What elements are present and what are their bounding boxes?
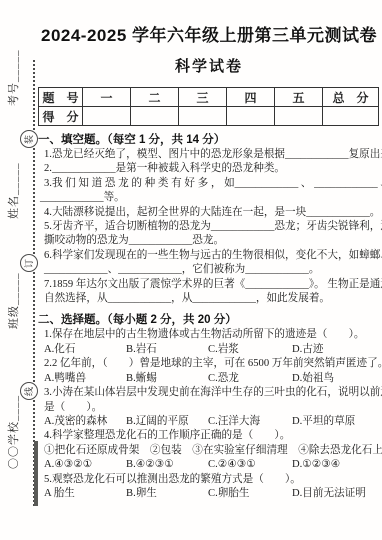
score-row-label: 得 分 [39, 107, 83, 126]
fill-blank-line-q4: 4.大陆漂移说提出，起初全世界的大陆连在一起，是一块____________。 [38, 206, 380, 220]
choice-question-4: 4.科学家整理恐龙化石的工作顺序正确的是（ ）。 ①把化石还原成骨架 ②包装 ③… [38, 429, 380, 472]
exam-paper: 装 订 线 考号_____ 姓名_____ 班级_____ 〇〇学校____ 2… [0, 0, 382, 540]
option-a: A.化石 [44, 343, 126, 357]
question-stem: 2.2 亿年前，（ ）曾是地球的主宰，可在 6500 万年前突然销声匿迹了。 [38, 357, 380, 371]
option-d: D.目前无法证明 [292, 487, 380, 501]
question-stem: 1.保存在地层中的古生物遗体或古生物活动所留下的遗迹是（ ）。 [38, 328, 380, 342]
choice-question-3: 3.小涛在某山体岩层中发现史前在海洋中生存的三叶虫的化石，说明以前这里 是（ ）… [38, 386, 380, 429]
fill-blank-line-q2: 2.____________是第一种被载入科学史的恐龙种类。 [38, 162, 380, 176]
margin-label-school: 〇〇学校____ [5, 443, 21, 469]
option-b: B.蜥蜴 [126, 372, 208, 386]
options-row: A 胎生 B.卵生 C.卵胎生 D.目前无法证明 [38, 487, 380, 501]
option-b: B.辽阔的平原 [126, 415, 208, 429]
option-d: D.①②③④ [292, 458, 380, 472]
option-d: D.古迹 [292, 343, 380, 357]
paper-content: 2024-2025 学年六年级上册第三单元测试卷 科学试卷 题 号 一 二 三 … [38, 0, 380, 501]
option-b: B.岩石 [126, 343, 208, 357]
option-b: B.卵生 [126, 487, 208, 501]
fill-blank-line-q5-cont: 撕咬动物的恐龙为____________恐龙。 [38, 234, 380, 248]
option-d: D.始祖鸟 [292, 372, 380, 386]
section2-heading: 二、选择题。（每小题 2 分，共 20 分） [38, 311, 380, 327]
option-c: C.岩浆 [208, 343, 292, 357]
fill-blank-line-q3: 3.我 们 知 道 恐 龙 的 种 类 有 好 多 ， 如___________… [38, 177, 380, 191]
fill-blank-line-q6: 6.科学家们发现现在的一些生物与远古的生物很相似，变化不大，如蟑螂、 [38, 249, 380, 263]
seal-mark-ding: 订 [20, 254, 38, 272]
question-numbered-steps: ①把化石还原成骨架 ②包装 ③在实验室仔细清理 ④除去恐龙化石上的沙土 [38, 444, 380, 458]
fill-blank-line-q1: 1.恐龙已经灭绝了，模型、图片中的恐龙形象是根据____________复原出来… [38, 148, 380, 162]
score-cell [323, 107, 379, 126]
seal-mark-xian: 线 [20, 382, 38, 400]
option-c: C.汪洋大海 [208, 415, 292, 429]
seal-mark-zhuang: 装 [20, 130, 38, 148]
fill-blank-line-q5: 5.牙齿齐平，适合切断植物的恐龙为____________恐龙；牙齿尖锐锋利，适… [38, 220, 380, 234]
choice-question-5: 5.观察恐龙化石可以推测出恐龙的繁殖方式是（ ）。 A 胎生 B.卵生 C.卵胎… [38, 473, 380, 502]
binding-dotted-line [33, 60, 35, 506]
option-a: A.茂密的森林 [44, 415, 126, 429]
score-cell [275, 107, 323, 126]
question-stem-cont: 是（ ）。 [38, 401, 380, 415]
score-header-total: 总 分 [323, 88, 379, 107]
score-cell [179, 107, 227, 126]
margin-label-student-name: 姓名_____ [5, 193, 21, 219]
option-c: C.②④③① [208, 458, 292, 472]
fill-blank-line-q7: 7.1859 年达尔文出版了震惊学术界的巨著《____________》。 生物… [38, 278, 380, 292]
score-table-score-row: 得 分 [39, 107, 379, 126]
option-c: C.恐龙 [208, 372, 292, 386]
score-cell [227, 107, 275, 126]
choice-question-2: 2.2 亿年前，（ ）曾是地球的主宰，可在 6500 万年前突然销声匿迹了。 A… [38, 357, 380, 386]
score-cell [131, 107, 179, 126]
option-d: D.平坦的草原 [292, 415, 380, 429]
option-a: A 胎生 [44, 487, 126, 501]
score-header-part-5: 五 [275, 88, 323, 107]
question-stem: 4.科学家整理恐龙化石的工作顺序正确的是（ ）。 [38, 429, 380, 443]
score-header-part-3: 三 [179, 88, 227, 107]
options-row: A.④③②① B.④②③① C.②④③① D.①②③④ [38, 458, 380, 472]
margin-label-exam-number: 考号_____ [5, 80, 21, 106]
fill-blank-line-q7-cont: 自然选择，从____________，从____________，如此发展着。 [38, 292, 380, 306]
seal-mark-zhuang-label: 装 [22, 134, 35, 143]
section1-heading: 一、填空题。（每空 1 分，共 14 分） [38, 131, 380, 147]
option-a: A.鸭嘴兽 [44, 372, 126, 386]
score-header-part-2: 二 [131, 88, 179, 107]
score-cell [83, 107, 131, 126]
seal-mark-xian-label: 线 [22, 386, 35, 395]
options-row: A.化石 B.岩石 C.岩浆 D.古迹 [38, 343, 380, 357]
option-b: B.④②③① [126, 458, 208, 472]
option-c: C.卵胎生 [208, 487, 292, 501]
choice-question-1: 1.保存在地层中的古生物遗体或古生物活动所留下的遗迹是（ ）。 A.化石 B.岩… [38, 328, 380, 357]
score-header-part-4: 四 [227, 88, 275, 107]
options-row: A.鸭嘴兽 B.蜥蜴 C.恐龙 D.始祖鸟 [38, 372, 380, 386]
fill-blank-line-q3-cont: ____________等。 [38, 191, 380, 205]
margin-label-class: 班级_____ [5, 303, 21, 329]
fill-blank-line-q6-cont: ____________、____________，它们被称为_________… [38, 263, 380, 277]
seal-mark-ding-label: 订 [22, 258, 35, 267]
option-a: A.④③②① [44, 458, 126, 472]
paper-subtitle: 科学试卷 [38, 55, 380, 76]
score-table-header-row: 题 号 一 二 三 四 五 总 分 [39, 88, 379, 107]
paper-title: 2024-2025 学年六年级上册第三单元测试卷 [38, 21, 380, 46]
score-header-question-number: 题 号 [39, 88, 83, 107]
question-stem: 5.观察恐龙化石可以推测出恐龙的繁殖方式是（ ）。 [38, 473, 380, 487]
question-stem: 3.小涛在某山体岩层中发现史前在海洋中生存的三叶虫的化石，说明以前这里 [38, 386, 380, 400]
score-header-part-1: 一 [83, 88, 131, 107]
options-row: A.茂密的森林 B.辽阔的平原 C.汪洋大海 D.平坦的草原 [38, 415, 380, 429]
score-table: 题 号 一 二 三 四 五 总 分 得 分 [38, 87, 379, 126]
